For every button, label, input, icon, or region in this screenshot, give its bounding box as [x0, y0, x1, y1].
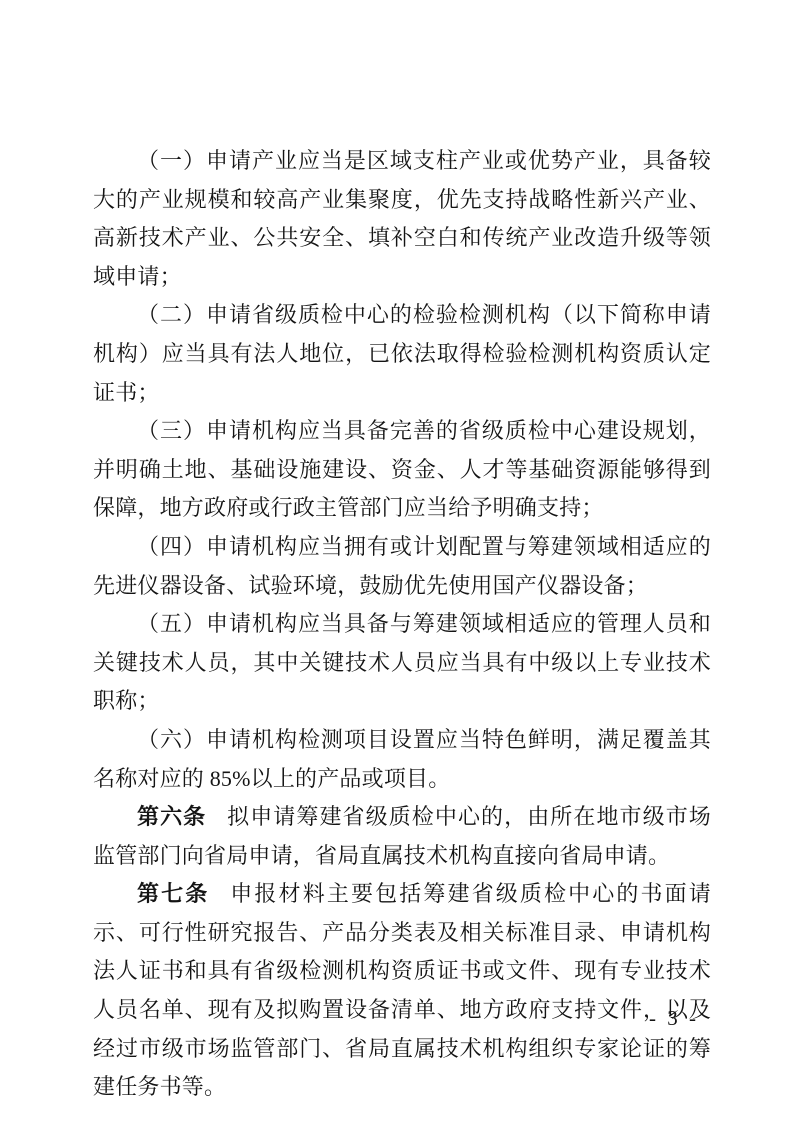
paragraph-article-7: 第七条申报材料主要包括筹建省级质检中心的书面请示、可行性研究报告、产品分类表及相…	[93, 875, 711, 1107]
paragraph-item-3: （三）申请机构应当具备完善的省级质检中心建设规划，并明确土地、基础设施建设、资金…	[93, 412, 711, 528]
paragraph-article-6: 第六条拟申请筹建省级质检中心的，由所在地市级市场监管部门向省局申请，省局直属技术…	[93, 798, 711, 875]
paragraph-item-6: （六）申请机构检测项目设置应当特色鲜明，满足覆盖其名称对应的 85%以上的产品或…	[93, 721, 711, 798]
article-number: 第六条	[137, 804, 206, 829]
document-page: （一）申请产业应当是区域支柱产业或优势产业，具备较大的产业规模和较高产业集聚度，…	[0, 0, 793, 1122]
paragraph-item-2: （二）申请省级质检中心的检验检测机构（以下简称申请机构）应当具有法人地位，已依法…	[93, 296, 711, 412]
paragraph-text: （二）申请省级质检中心的检验检测机构（以下简称申请机构）应当具有法人地位，已依法…	[93, 302, 711, 404]
paragraph-item-4: （四）申请机构应当拥有或计划配置与筹建领域相适应的先进仪器设备、试验环境，鼓励优…	[93, 528, 711, 605]
document-body: （一）申请产业应当是区域支柱产业或优势产业，具备较大的产业规模和较高产业集聚度，…	[93, 142, 711, 1107]
article-number: 第七条	[137, 881, 209, 906]
paragraph-item-1: （一）申请产业应当是区域支柱产业或优势产业，具备较大的产业规模和较高产业集聚度，…	[93, 142, 711, 296]
page-number: - 3 -	[649, 1006, 699, 1031]
paragraph-text: （四）申请机构应当拥有或计划配置与筹建领域相适应的先进仪器设备、试验环境，鼓励优…	[93, 534, 711, 598]
paragraph-text: （五）申请机构应当具备与筹建领域相适应的管理人员和关键技术人员，其中关键技术人员…	[93, 611, 711, 713]
paragraph-text: （六）申请机构检测项目设置应当特色鲜明，满足覆盖其名称对应的 85%以上的产品或…	[93, 727, 711, 791]
paragraph-text: （一）申请产业应当是区域支柱产业或优势产业，具备较大的产业规模和较高产业集聚度，…	[93, 148, 711, 289]
paragraph-item-5: （五）申请机构应当具备与筹建领域相适应的管理人员和关键技术人员，其中关键技术人员…	[93, 605, 711, 721]
paragraph-text: （三）申请机构应当具备完善的省级质检中心建设规划，并明确土地、基础设施建设、资金…	[93, 418, 711, 520]
paragraph-text: 申报材料主要包括筹建省级质检中心的书面请示、可行性研究报告、产品分类表及相关标准…	[93, 881, 711, 1099]
